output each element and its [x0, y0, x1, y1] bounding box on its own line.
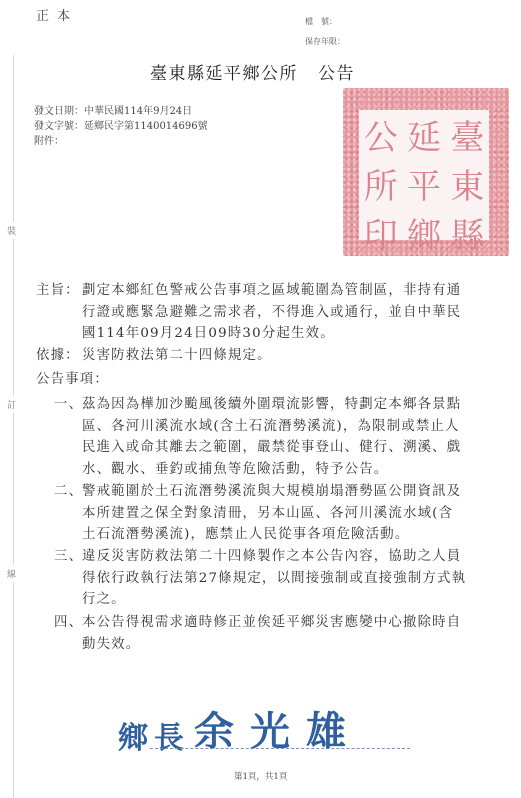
seal-char: 公	[359, 110, 402, 159]
seal-char: 臺	[446, 110, 489, 159]
item-number: 一、	[54, 395, 83, 415]
item-content: 違反災害防救法第二十四條製作之本公告內容，協助之人員 得依行政執行法第27條規定…	[82, 547, 502, 612]
item-number: 四、	[54, 613, 83, 633]
item-content: 茲為因為樺加沙颱風後續外圍環流影響，特劃定本鄉各景點 區、各河川溪流水域(含土石…	[82, 395, 502, 481]
subject-line: 行證或應緊急避難之需求者，不得進入或通行，並自中華民	[82, 303, 502, 325]
seal-char: 所	[359, 159, 402, 208]
subject-line: 劃定本鄉紅色警戒公告事項之區域範圍為管制區，非持有通	[82, 281, 502, 303]
binding-mark-zhuang: 裝	[7, 222, 16, 239]
subject-line: 國114年09月24日09時30分起生效。	[82, 324, 502, 346]
item-line: 動失效。	[82, 635, 502, 657]
item-line: 本公告得視需求適時修正並俟延平鄉災害應變中心撤除時自	[82, 613, 502, 635]
subject-content: 劃定本鄉紅色警戒公告事項之區域範圍為管制區，非持有通 行證或應緊急避難之需求者，…	[82, 281, 502, 346]
page-indicator: 第1頁，共1頁	[234, 770, 287, 782]
basis-content: 災害防救法第二十四條規定。	[82, 346, 502, 368]
agency-name: 臺東縣延平鄉公所	[150, 64, 298, 84]
issue-date: 發文日期：中華民國114年9月24日	[34, 102, 192, 117]
item-line: 水、觀水、垂釣或捕魚等危險活動，特予公告。	[82, 460, 502, 482]
basis-label: 依據：	[36, 346, 80, 366]
item-line: 區、各河川溪流水域(含土石流潛勢溪流)，為限制或禁止人	[82, 417, 502, 439]
item-number: 三、	[54, 547, 83, 567]
item-content: 本公告得視需求適時修正並俟延平鄉災害應變中心撤除時自 動失效。	[82, 613, 502, 656]
seal-inner-square: 臺 東 縣 延 平 鄉 公 所 印	[359, 110, 489, 240]
document-title: 臺東縣延平鄉公所公告	[150, 59, 355, 84]
official-seal: 臺 東 縣 延 平 鄉 公 所 印	[343, 88, 509, 256]
binding-mark-xian: 線	[7, 565, 16, 582]
seal-char: 縣	[446, 208, 489, 257]
copy-type-label: 正本	[36, 5, 78, 24]
basis-text: 災害防救法第二十四條規定。	[82, 346, 502, 368]
seal-char: 東	[446, 159, 489, 208]
binding-mark-ding: 訂	[7, 396, 16, 413]
file-number-label: 檔 號：	[305, 16, 337, 27]
document-number: 發文字號：延鄉民字第1140014696號	[34, 117, 208, 132]
signature-title: 鄉長	[118, 721, 190, 756]
seal-char: 平	[402, 159, 445, 208]
announcement-label: 公告事項：	[36, 370, 109, 390]
retention-period-label: 保存年限：	[305, 36, 345, 47]
item-line: 行之。	[82, 590, 502, 612]
item-line: 茲為因為樺加沙颱風後續外圍環流影響，特劃定本鄉各景點	[82, 395, 502, 417]
seal-char: 延	[402, 110, 445, 159]
item-line: 違反災害防救法第二十四條製作之本公告內容，協助之人員	[82, 547, 502, 569]
item-number: 二、	[54, 482, 83, 502]
item-line: 警戒範圍於土石流潛勢溪流與大規模崩塌潛勢區公開資訊及	[82, 482, 502, 504]
item-line: 本所建置之保全對象清冊，另本山區、各河川溪流水域(含	[82, 504, 502, 526]
subject-label: 主旨：	[36, 281, 80, 301]
item-line: 土石流潛勢溪流)，應禁止人民從事各項危險活動。	[82, 525, 502, 547]
binding-line	[13, 55, 14, 798]
seal-char: 印	[359, 208, 402, 257]
item-line: 得依行政執行法第27條規定，以間接強制或直接強制方式執	[82, 569, 502, 591]
item-line: 民進入或命其離去之範圍，嚴禁從事登山、健行、溯溪、戲	[82, 438, 502, 460]
attachment-label: 附件：	[34, 132, 64, 147]
seal-char: 鄉	[402, 208, 445, 257]
document-type: 公告	[318, 64, 355, 84]
signature-underline	[150, 748, 410, 750]
item-content: 警戒範圍於土石流潛勢溪流與大規模崩塌潛勢區公開資訊及 本所建置之保全對象清冊，另…	[82, 482, 502, 547]
